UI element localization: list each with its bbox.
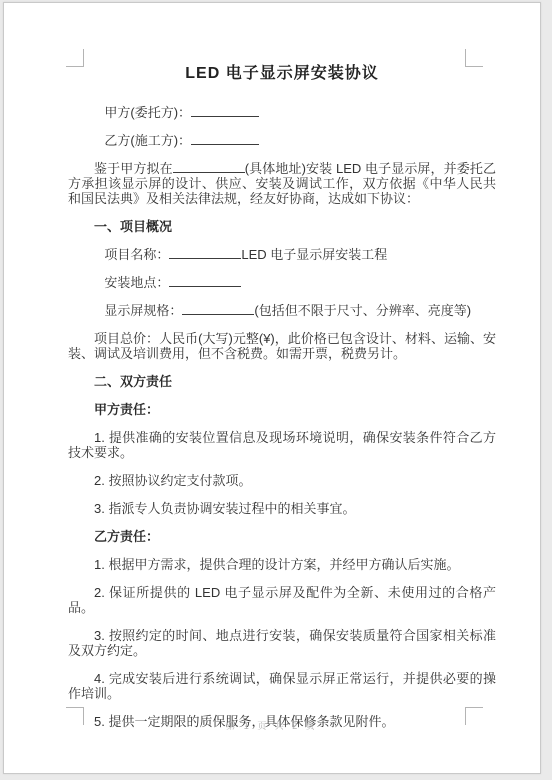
party-b-label: 乙方(施工方)： (104, 133, 191, 148)
document-body: LED 电子显示屏安装协议 甲方(委托方)： 乙方(施工方)： 鉴于甲方拟在(具… (4, 3, 540, 742)
project-name-label: 项目名称： (104, 247, 169, 262)
section-2-heading: 二、双方责任 (68, 374, 496, 389)
party-a-duties-heading: 甲方责任： (68, 402, 496, 417)
install-location-line: 安装地点： (68, 275, 496, 290)
party-b-line: 乙方(施工方)： (68, 133, 496, 148)
project-name-line: 项目名称：LED 电子显示屏安装工程 (68, 247, 496, 262)
party-b-duty-item-4: 4. 完成安装后进行系统调试，确保显示屏正常运行，并提供必要的操作培训。 (68, 671, 496, 701)
project-name-blank-line (169, 247, 241, 259)
party-a-line: 甲方(委托方)： (68, 105, 496, 120)
address-blank-line (173, 161, 245, 173)
total-price-paragraph: 项目总价：人民币(大写)元整(¥)，此价格已包含设计、材料、运输、安装、调试及培… (68, 331, 496, 361)
install-location-label: 安装地点： (104, 275, 169, 290)
project-name-suffix: LED 电子显示屏安装工程 (241, 247, 387, 262)
party-a-duty-item-1: 1. 提供准确的安装位置信息及现场环境说明，确保安装条件符合乙方技术要求。 (68, 430, 496, 460)
party-b-duty-item-1: 1. 根据甲方需求，提供合理的设计方案，并经甲方确认后实施。 (68, 557, 496, 572)
party-b-duties-heading: 乙方责任： (68, 529, 496, 544)
preamble-paragraph: 鉴于甲方拟在(具体地址)安装 LED 电子显示屏，并委托乙方承担该显示屏的设计、… (68, 161, 496, 206)
screen-spec-label: 显示屏规格： (104, 303, 182, 318)
party-a-duty-item-2: 2. 按照协议约定支付款项。 (68, 473, 496, 488)
document-title: LED 电子显示屏安装协议 (68, 63, 496, 84)
party-a-blank-line (191, 105, 259, 117)
screen-spec-line: 显示屏规格：(包括但不限于尺寸、分辨率、亮度等) (68, 303, 496, 318)
screen-spec-suffix: (包括但不限于尺寸、分辨率、亮度等) (254, 303, 471, 318)
party-a-label: 甲方(委托方)： (104, 105, 191, 120)
party-b-blank-line (191, 133, 259, 145)
party-b-duty-item-2: 2. 保证所提供的 LED 电子显示屏及配件为全新、未使用过的合格产品。 (68, 585, 496, 615)
party-b-duty-item-3: 3. 按照约定的时间、地点进行安装，确保安装质量符合国家相关标准及双方约定。 (68, 628, 496, 658)
preamble-text-before-blank: 鉴于甲方拟在 (94, 161, 173, 176)
document-page: LED 电子显示屏安装协议 甲方(委托方)： 乙方(施工方)： 鉴于甲方拟在(具… (3, 2, 541, 774)
install-location-blank-line (169, 275, 241, 287)
party-a-duty-item-3: 3. 指派专人负责协调安装过程中的相关事宜。 (68, 501, 496, 516)
screen-spec-blank-line (182, 303, 254, 315)
section-1-heading: 一、项目概况 (68, 219, 496, 234)
page-number-indicator: 第 1 页 共 2 页 (4, 719, 540, 732)
